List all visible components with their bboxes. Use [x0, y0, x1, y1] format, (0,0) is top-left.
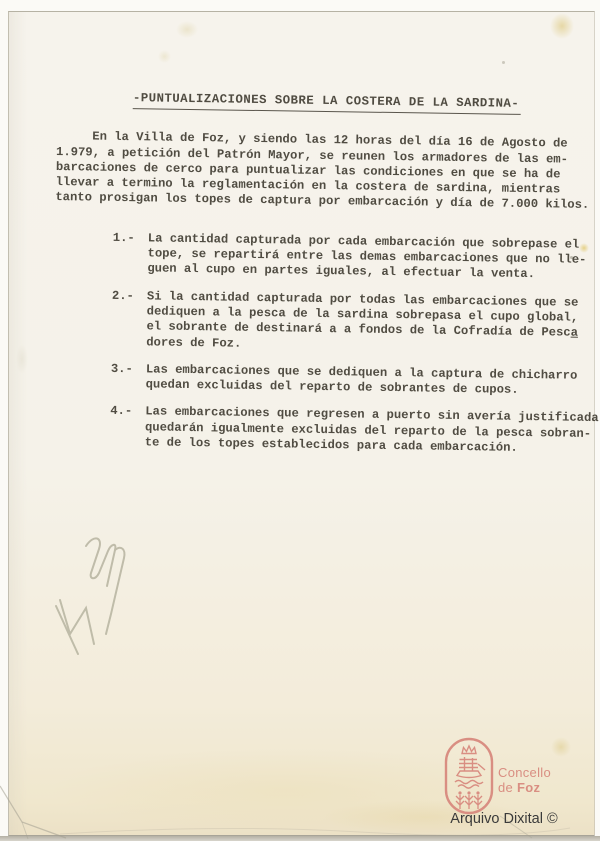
scanned-document-page: -PUNTUALIZACIONES SOBRE LA COSTERA DE LA…	[0, 0, 600, 841]
concello-foz-badge-icon	[444, 737, 494, 815]
item-text: Las embarcaciones que regresen a puerto …	[145, 405, 599, 458]
list-item-4: 4.- Las embarcaciones que regresen a pue…	[110, 404, 573, 457]
archive-credit: Arquivo Dixital ©	[449, 811, 559, 827]
handwritten-signature-mark	[44, 516, 168, 668]
item-number: 1.-	[112, 231, 148, 277]
waves-icon	[455, 780, 483, 788]
intro-paragraph: En la Villa de Foz, y siendo las 12 hora…	[55, 129, 576, 213]
org-name-line2: de Foz	[498, 780, 551, 795]
item-text: Las embarcaciones que se dediquen a la c…	[146, 362, 578, 399]
trees-icon	[456, 791, 482, 809]
numbered-list: 1.- La cantidad capturada por cada embar…	[52, 230, 575, 457]
ship-icon	[457, 757, 485, 778]
typed-text-block: -PUNTUALIZACIONES SOBRE LA COSTERA DE LA…	[51, 90, 576, 469]
item-number: 2.-	[111, 289, 147, 351]
item-text: La cantidad capturada por cada embarcaci…	[147, 231, 586, 283]
list-item-1: 1.- La cantidad capturada por cada embar…	[112, 231, 575, 284]
hyphenation-underscore: a	[571, 326, 579, 340]
org-name-prefix: de	[498, 780, 517, 795]
item-number: 3.-	[111, 362, 146, 393]
crown-icon	[462, 746, 476, 754]
list-item-3: 3.- Las embarcaciones que se dediquen a …	[111, 362, 573, 399]
org-name-line1: Concello	[498, 765, 551, 780]
list-item-2: 2.- Si la cantidad capturada por todas l…	[111, 289, 574, 357]
org-name-bold: Foz	[517, 780, 540, 795]
item-text: Si la cantidad capturada por todas las e…	[146, 289, 578, 357]
item-number: 4.-	[110, 404, 146, 450]
org-name: Concello de Foz	[498, 765, 551, 795]
